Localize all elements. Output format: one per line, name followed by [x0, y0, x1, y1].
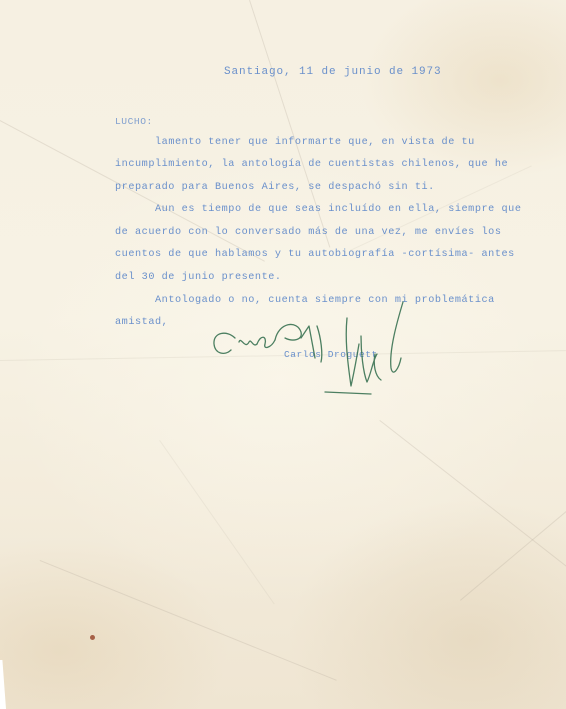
paper-crease — [40, 560, 337, 681]
letter-date: Santiago, 11 de junio de 1973 — [224, 67, 442, 78]
letter-line: de acuerdo con lo conversado más de una … — [115, 228, 501, 238]
letter-line: del 30 de junio presente. — [115, 273, 282, 283]
letter-page: Santiago, 11 de junio de 1973 LUCHO: lam… — [0, 0, 566, 709]
letter-line: Antologado o no, cuenta siempre con mi p… — [155, 296, 495, 306]
letter-salutation: LUCHO: — [115, 117, 153, 127]
paper-crease — [0, 350, 566, 361]
paper-crease — [460, 497, 566, 601]
paper-crease — [379, 420, 566, 569]
ink-stain — [90, 635, 95, 640]
paper-edge — [0, 660, 6, 709]
letter-line: cuentos de que hablamos y tu autobiograf… — [115, 250, 515, 260]
letter-line: incumplimiento, la antología de cuentist… — [115, 160, 508, 170]
paper-crease — [159, 440, 275, 604]
letter-line: preparado para Buenos Aires, se despachó… — [115, 183, 435, 193]
letter-line: amistad, — [115, 318, 168, 328]
letter-line: Aun es tiempo de que seas incluído en el… — [155, 205, 522, 215]
typed-signature-name: Carlos Droguett — [284, 350, 378, 360]
handwritten-signature-icon — [205, 298, 435, 398]
letter-line: lamento tener que informarte que, en vis… — [155, 138, 475, 148]
